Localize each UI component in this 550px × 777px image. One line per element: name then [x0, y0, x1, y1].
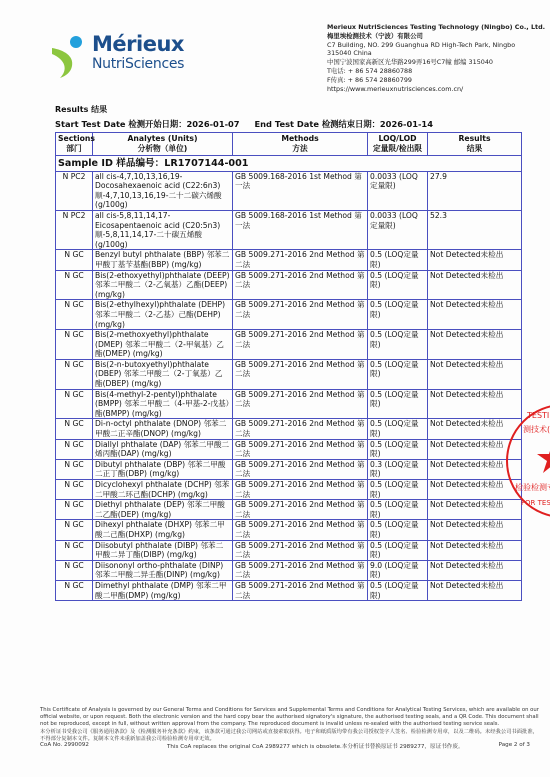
table-row: N GCBis(2-methoxyethyl)phthalate (DMEP) …	[56, 330, 522, 360]
result-cell: 27.9	[428, 171, 522, 210]
analyte-cell: Dibutyl phthalate (DBP) 邻苯二甲酸二正丁酯(DBP) (…	[93, 459, 233, 479]
start-test-date: Start Test Date 检测开始日期：2026-01-07	[55, 119, 240, 129]
method-cell: GB 5009.271-2016 2nd Method 第二法	[233, 560, 368, 580]
loq-cell: 0.5 (LOQ定量限)	[368, 439, 428, 459]
section-cell: N GC	[56, 359, 93, 389]
section-cell: N GC	[56, 419, 93, 439]
method-cell: GB 5009.168-2016 1st Method 第一法	[233, 171, 368, 210]
analyte-cell: Diisononyl ortho-phthalate (DINP) 邻苯二甲酸二…	[93, 560, 233, 580]
table-row: N GCDicyclohexyl phthalate (DCHP) 邻苯二甲酸二…	[56, 480, 522, 500]
analyte-cell: Bis(2-n-butoxyethyl)phthalate (DBEP) 邻苯二…	[93, 359, 233, 389]
method-cell: GB 5009.271-2016 2nd Method 第二法	[233, 270, 368, 300]
sample-id-row: Sample ID 样品编号：LR1707144-001	[56, 155, 522, 171]
analyte-cell: Dihexyl phthalate (DHXP) 邻苯二甲酸二己酯(DHXP) …	[93, 520, 233, 540]
method-cell: GB 5009.271-2016 2nd Method 第二法	[233, 540, 368, 560]
sample-id: Sample ID 样品编号：LR1707144-001	[56, 155, 522, 171]
method-cell: GB 5009.271-2016 2nd Method 第二法	[233, 419, 368, 439]
result-cell: Not Detected未检出	[428, 250, 522, 270]
section-cell: N GC	[56, 540, 93, 560]
section-cell: N GC	[56, 270, 93, 300]
loq-cell: 0.5 (LOQ定量限)	[368, 419, 428, 439]
result-cell: Not Detected未检出	[428, 480, 522, 500]
address-en-2: 315040 China	[327, 49, 545, 58]
method-cell: GB 5009.271-2016 2nd Method 第二法	[233, 439, 368, 459]
coa-number: CoA No. 2990092	[40, 742, 89, 748]
loq-cell: 0.5 (LOQ定量限)	[368, 580, 428, 600]
section-cell: N GC	[56, 500, 93, 520]
section-cell: N GC	[56, 439, 93, 459]
table-row: N GCBis(2-ethoxyethyl)phthalate (DEEP) 邻…	[56, 270, 522, 300]
loq-cell: 0.5 (LOQ定量限)	[368, 540, 428, 560]
section-cell: N GC	[56, 330, 93, 360]
loq-cell: 9.0 (LOQ定量限)	[368, 560, 428, 580]
company-name-en: Merieux NutriSciences Testing Technology…	[327, 23, 545, 32]
result-cell: Not Detected未检出	[428, 300, 522, 330]
method-cell: GB 5009.271-2016 2nd Method 第二法	[233, 520, 368, 540]
fax: F传真: + 86 574 28860799	[327, 76, 545, 85]
method-cell: GB 5009.271-2016 2nd Method 第二法	[233, 580, 368, 600]
company-name-cn: 梅里埃检测技术（宁波）有限公司	[327, 32, 545, 41]
result-cell: Not Detected未检出	[428, 540, 522, 560]
loq-cell: 0.5 (LOQ定量限)	[368, 300, 428, 330]
result-cell: Not Detected未检出	[428, 439, 522, 459]
table-row: N GCDiethyl phthalate (DEP) 邻苯二甲酸二乙酯(DEP…	[56, 500, 522, 520]
analyte-cell: Benzyl butyl phthalate (BBP) 邻苯二甲酸丁基苄基酯(…	[93, 250, 233, 270]
table-row: N GCBenzyl butyl phthalate (BBP) 邻苯二甲酸丁基…	[56, 250, 522, 270]
section-cell: N GC	[56, 580, 93, 600]
results-table: Sections部门 Analytes (Units)分析物（单位) Metho…	[55, 132, 522, 601]
loq-cell: 0.3 (LOQ定量限)	[368, 459, 428, 479]
analyte-cell: Di-n-octyl phthalate (DNOP) 邻苯二甲酸二正辛酯(DN…	[93, 419, 233, 439]
method-cell: GB 5009.271-2016 2nd Method 第二法	[233, 480, 368, 500]
svg-text:FOR TESTING: FOR TESTING	[521, 499, 550, 507]
table-row: N GCDimethyl phthalate (DMP) 邻苯二甲酸二甲酯(DM…	[56, 580, 522, 600]
loq-cell: 0.0033 (LOQ定量限)	[368, 171, 428, 210]
section-cell: N GC	[56, 250, 93, 270]
analyte-cell: all cis-4,7,10,13,16,19-Docosahexaenoic …	[93, 171, 233, 210]
analyte-cell: Dicyclohexyl phthalate (DCHP) 邻苯二甲酸二环己酯(…	[93, 480, 233, 500]
result-cell: Not Detected未检出	[428, 500, 522, 520]
result-cell: Not Detected未检出	[428, 419, 522, 439]
coa-replacement-note: This CoA replaces the original CoA 29892…	[167, 742, 464, 750]
section-cell: N GC	[56, 560, 93, 580]
section-cell: N PC2	[56, 171, 93, 210]
analyte-cell: all cis-5,8,11,14,17-Eicosapentaenoic ac…	[93, 210, 233, 249]
column-header-analytes: Analytes (Units)分析物（单位)	[93, 133, 233, 156]
analyte-cell: Bis(4-methyl-2-pentyl)phthalate (BMPP) 邻…	[93, 389, 233, 419]
section-cell: N GC	[56, 520, 93, 540]
method-cell: GB 5009.271-2016 2nd Method 第二法	[233, 359, 368, 389]
loq-cell: 0.5 (LOQ定量限)	[368, 480, 428, 500]
telephone: T电话: + 86 574 28860788	[327, 67, 545, 76]
table-row: N PC2all cis-4,7,10,13,16,19-Docosahexae…	[56, 171, 522, 210]
company-logo: Mérieux NutriSciences	[50, 30, 186, 80]
table-row: N GCBis(2-ethylhexyl)phthalate (DEHP) 邻苯…	[56, 300, 522, 330]
page-number: Page 2 of 3	[499, 742, 530, 748]
method-cell: GB 5009.271-2016 2nd Method 第二法	[233, 330, 368, 360]
section-cell: N GC	[56, 300, 93, 330]
leaf-icon	[52, 44, 80, 78]
analyte-cell: Bis(2-methoxyethyl)phthalate (DMEP) 邻苯二甲…	[93, 330, 233, 360]
terms-en: This Certificate of Analysis is governed…	[40, 707, 542, 729]
loq-cell: 0.5 (LOQ定量限)	[368, 270, 428, 300]
column-header-loq-lod: LOQ/LOD定量限/检出限	[368, 133, 428, 156]
loq-cell: 0.0033 (LOQ定量限)	[368, 210, 428, 249]
result-cell: Not Detected未检出	[428, 520, 522, 540]
address-en-1: C7 Building, NO. 299 Guanghua RD High-Te…	[327, 41, 545, 50]
logo-dot-icon	[70, 36, 82, 48]
address-cn: 中国宁波国家高新区光华路299弄16号C7幢 邮编 315040	[327, 58, 545, 67]
result-cell: Not Detected未检出	[428, 389, 522, 419]
analyte-cell: Dimethyl phthalate (DMP) 邻苯二甲酸二甲酯(DMP) (…	[93, 580, 233, 600]
table-row: N GCDihexyl phthalate (DHXP) 邻苯二甲酸二己酯(DH…	[56, 520, 522, 540]
section-cell: N GC	[56, 389, 93, 419]
section-cell: N PC2	[56, 210, 93, 249]
table-row: N GCDiallyl phthalate (DAP) 邻苯二甲酸二烯丙酯(DA…	[56, 439, 522, 459]
analyte-cell: Bis(2-ethylhexyl)phthalate (DEHP) 邻苯二甲酸二…	[93, 300, 233, 330]
table-header-row: Sections部门 Analytes (Units)分析物（单位) Metho…	[56, 133, 522, 156]
loq-cell: 0.5 (LOQ定量限)	[368, 250, 428, 270]
loq-cell: 0.5 (LOQ定量限)	[368, 359, 428, 389]
method-cell: GB 5009.271-2016 2nd Method 第二法	[233, 500, 368, 520]
method-cell: GB 5009.271-2016 2nd Method 第二法	[233, 459, 368, 479]
loq-cell: 0.5 (LOQ定量限)	[368, 389, 428, 419]
svg-text:测技术(宁波): 测技术(宁波)	[523, 424, 550, 434]
column-header-sections: Sections部门	[56, 133, 93, 156]
table-row: N GCBis(4-methyl-2-pentyl)phthalate (BMP…	[56, 389, 522, 419]
analyte-cell: Diethyl phthalate (DEP) 邻苯二甲酸二乙酯(DEP) (m…	[93, 500, 233, 520]
table-row: N GCDi-n-octyl phthalate (DNOP) 邻苯二甲酸二正辛…	[56, 419, 522, 439]
svg-text:TESTING TECH: TESTING TECH	[526, 411, 550, 420]
column-header-results: Results结果	[428, 133, 522, 156]
method-cell: GB 5009.271-2016 2nd Method 第二法	[233, 250, 368, 270]
table-row: N GCBis(2-n-butoxyethyl)phthalate (DBEP)…	[56, 359, 522, 389]
method-cell: GB 5009.271-2016 2nd Method 第二法	[233, 300, 368, 330]
method-cell: GB 5009.168-2016 1st Method 第一法	[233, 210, 368, 249]
table-row: N GCDibutyl phthalate (DBP) 邻苯二甲酸二正丁酯(DB…	[56, 459, 522, 479]
results-title: Results 结果	[55, 104, 107, 115]
analyte-cell: Diisobutyl phthalate (DIBP) 邻苯二甲酸二异丁酯(DI…	[93, 540, 233, 560]
method-cell: GB 5009.271-2016 2nd Method 第二法	[233, 389, 368, 419]
table-row: N GCDiisononyl ortho-phthalate (DINP) 邻苯…	[56, 560, 522, 580]
result-cell: Not Detected未检出	[428, 330, 522, 360]
result-cell: Not Detected未检出	[428, 580, 522, 600]
analyte-cell: Bis(2-ethoxyethyl)phthalate (DEEP) 邻苯二甲酸…	[93, 270, 233, 300]
footer-terms: This Certificate of Analysis is governed…	[40, 707, 542, 743]
table-row: N GCDiisobutyl phthalate (DIBP) 邻苯二甲酸二异丁…	[56, 540, 522, 560]
terms-cn: 本分析证书受我公司《服务通用条款》及《检测服务补充条款》约束，该条款可通过我公司…	[40, 729, 542, 743]
result-cell: 52.3	[428, 210, 522, 249]
result-cell: Not Detected未检出	[428, 359, 522, 389]
result-cell: Not Detected未检出	[428, 459, 522, 479]
company-info: Merieux NutriSciences Testing Technology…	[327, 23, 545, 93]
brand-subname: NutriSciences	[92, 56, 184, 72]
loq-cell: 0.5 (LOQ定量限)	[368, 500, 428, 520]
end-test-date: End Test Date 检测结束日期：2026-01-14	[254, 119, 433, 129]
section-cell: N GC	[56, 480, 93, 500]
analyte-cell: Diallyl phthalate (DAP) 邻苯二甲酸二烯丙酯(DAP) (…	[93, 439, 233, 459]
column-header-methods: Methods方法	[233, 133, 368, 156]
result-cell: Not Detected未检出	[428, 270, 522, 300]
result-cell: Not Detected未检出	[428, 560, 522, 580]
brand-name: Mérieux	[92, 32, 184, 56]
website-link[interactable]: https://www.merieuxnutrisciences.com.cn/	[327, 85, 545, 94]
section-cell: N GC	[56, 459, 93, 479]
table-row: N PC2all cis-5,8,11,14,17-Eicosapentaeno…	[56, 210, 522, 249]
loq-cell: 0.5 (LOQ定量限)	[368, 520, 428, 540]
star-icon	[537, 442, 550, 473]
test-dates: Start Test Date 检测开始日期：2026-01-07 End Te…	[55, 118, 445, 130]
loq-cell: 0.5 (LOQ定量限)	[368, 330, 428, 360]
